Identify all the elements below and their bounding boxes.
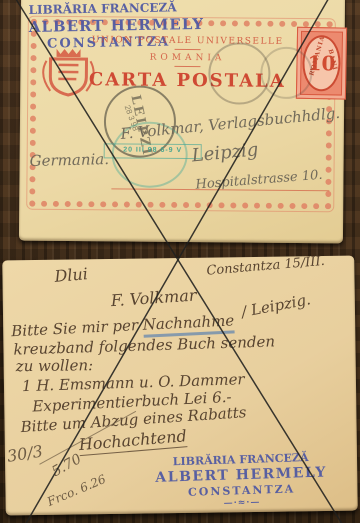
addressee: F. Volkmar [110, 286, 197, 311]
photo-of-postcards: LIBRĂRIA FRANCEZĂ ALBERT HERMELY CONSTAN… [0, 0, 360, 523]
postcard-front: LIBRĂRIA FRANCEZĂ ALBERT HERMELY CONSTAN… [19, 0, 345, 243]
salutation: Dlui [54, 264, 89, 286]
addressee-city: / Leipzig. [240, 290, 312, 321]
header-rule [175, 49, 201, 50]
faint-postmark-ring2 [260, 47, 312, 99]
printed-address-rule [111, 188, 329, 191]
dealer-handstamp-back: LIBRĂRIA FRANCEZĂ ALBERT HERMELY CONSTAN… [155, 450, 329, 512]
message-line3: zu wollen: [16, 356, 94, 375]
pencil-note1: 30/3 [6, 442, 44, 466]
address-line2: Germania. [29, 150, 109, 170]
header-rule2 [174, 66, 200, 67]
transit-postmark-date: 20 III 98 6-9 V [104, 143, 202, 159]
upu-line: UNION POSTALE UNIVERSELLE [83, 35, 293, 47]
dateline: Constantza 15/III. [206, 254, 325, 279]
dealer-stamp-line2: ALBERT HERMELY [29, 15, 205, 37]
postcard-back: Dlui Constantza 15/III. F. Volkmar / Lei… [2, 256, 358, 516]
